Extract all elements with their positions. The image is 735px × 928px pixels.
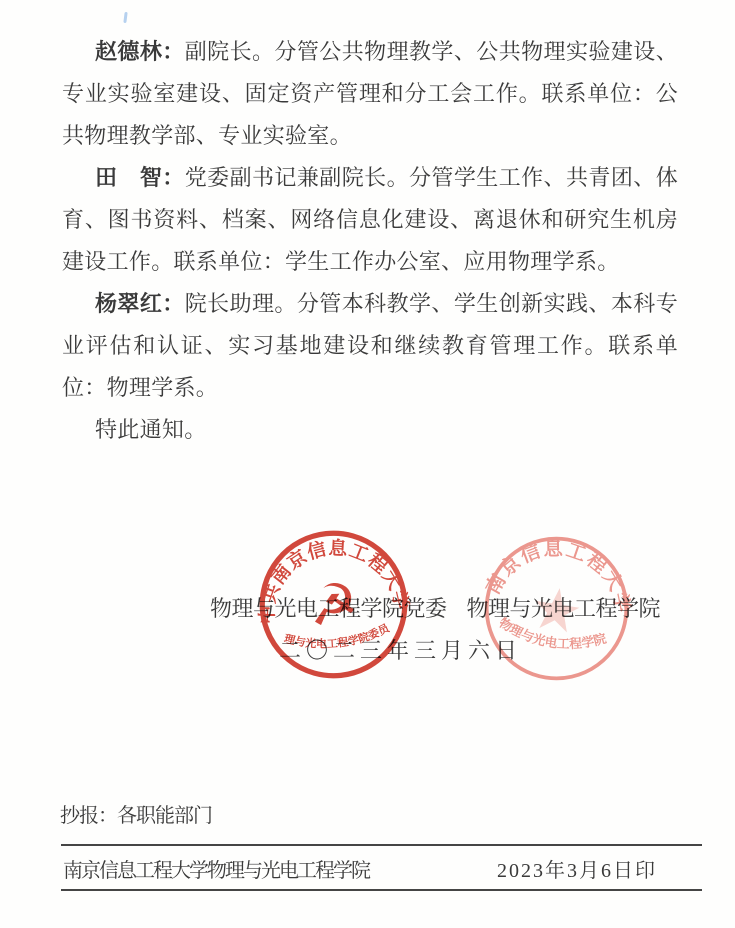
paragraph: 田 智：党委副书记兼副院长。分管学生工作、共青团、体育、图书资料、档案、网络信息… — [62, 157, 678, 283]
hammer-sickle-icon: ☭ — [306, 571, 362, 640]
cc-line: 抄报：各职能部门 — [60, 799, 212, 828]
college-seal: 南京信息工程大学 ★ 物理与光电工程学院 — [470, 522, 643, 695]
paragraph: 杨翠红：院长助理。分管本科教学、学生创新实践、本科专业评估和认证、实习基地建设和… — [62, 283, 678, 409]
party-committee-seal: 中共南京信息工程大学 ☭ 物理与光电工程学院委员会 — [249, 520, 417, 688]
scanned-document-page: 赵德林：副院长。分管公共物理教学、公共物理实验建设、专业实验室建设、固定资产管理… — [0, 0, 735, 928]
paragraph: 特此通知。 — [62, 409, 678, 451]
document-body: 赵德林：副院长。分管公共物理教学、公共物理实验建设、专业实验室建设、固定资产管理… — [62, 31, 678, 451]
footer-rule-bottom — [61, 889, 702, 891]
person-name: 赵德林： — [95, 39, 185, 64]
footer-print-date: 2023年3月6日印 — [497, 854, 657, 883]
paragraph: 赵德林：副院长。分管公共物理教学、公共物理实验建设、专业实验室建设、固定资产管理… — [62, 31, 678, 157]
scan-ink-speck — [123, 12, 127, 23]
person-name: 杨翠红： — [95, 291, 185, 316]
paragraph-text: 特此通知。 — [95, 417, 207, 442]
footer-rule-top — [61, 844, 702, 846]
person-name: 田 智： — [95, 165, 185, 190]
footer-issuer: 南京信息工程大学物理与光电工程学院 — [63, 854, 369, 883]
